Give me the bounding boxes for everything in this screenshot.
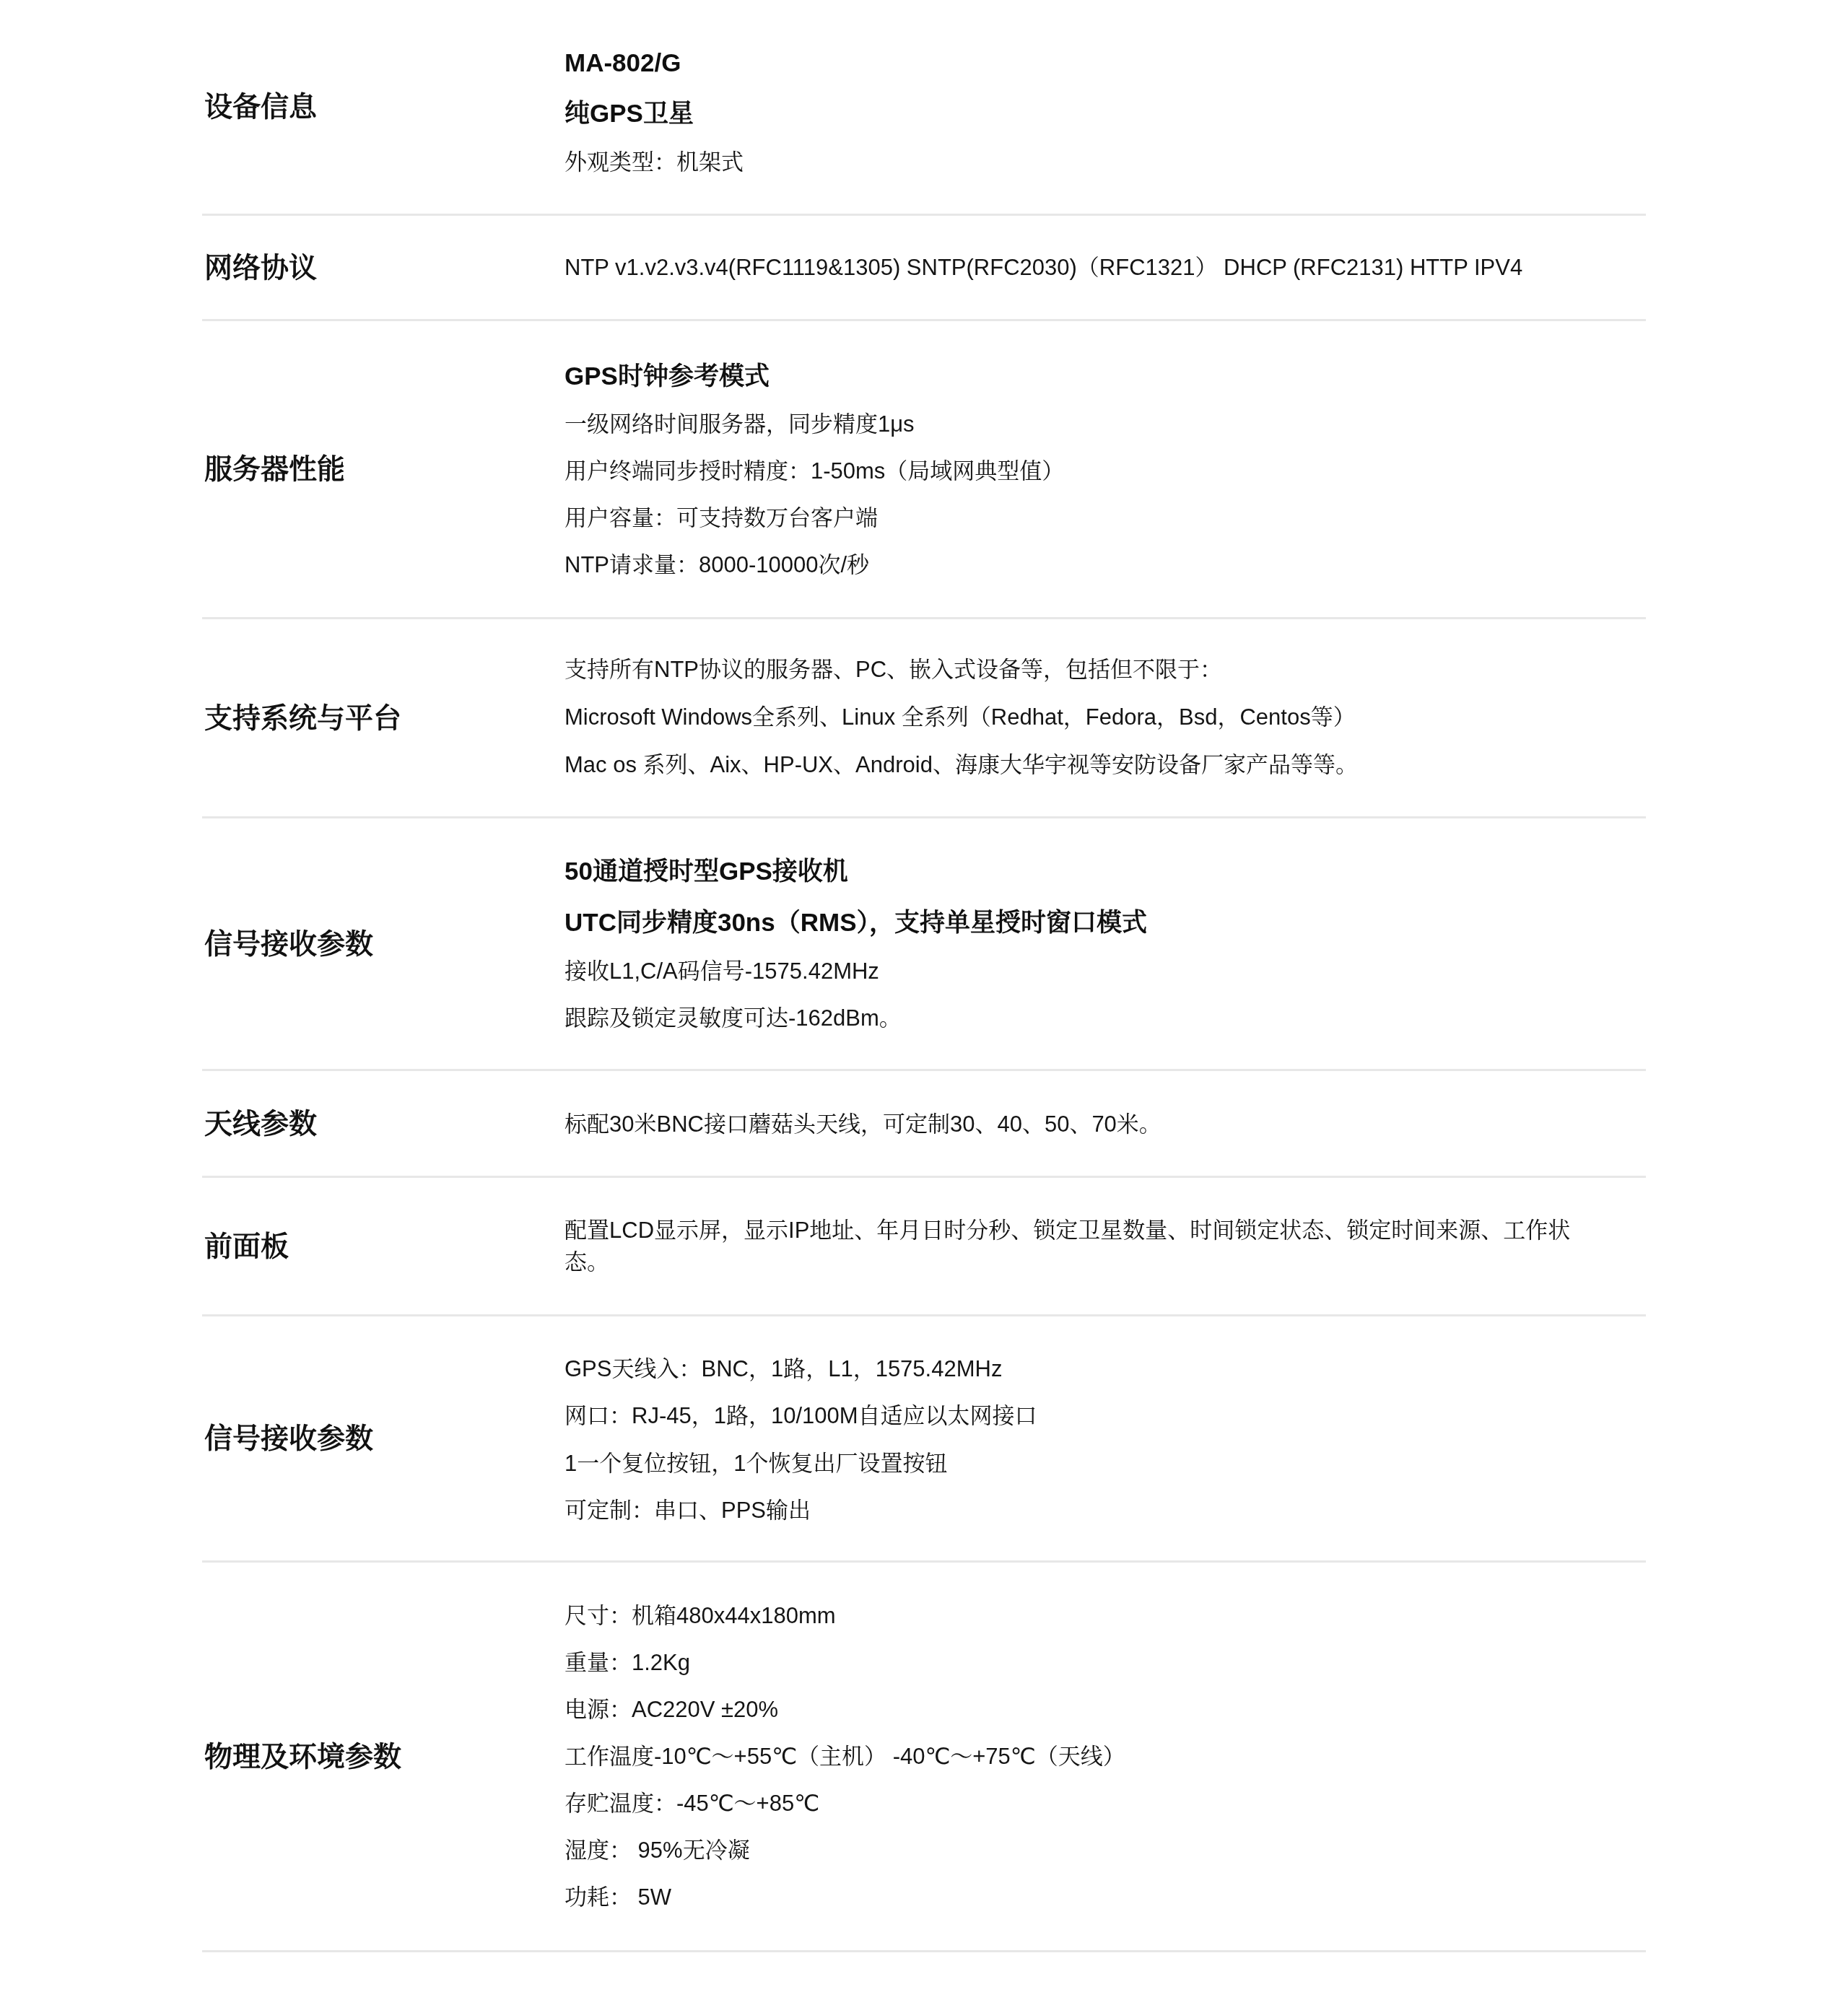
spec-value-line: 标配30米BNC接口蘑菇头天线，可定制30、40、50、70米。 — [565, 1109, 1618, 1140]
spec-value-line: 用户容量：可支持数万台客户端 — [565, 502, 1618, 534]
spec-label: 天线参数 — [204, 1109, 317, 1137]
spec-value-line: 跟踪及锁定灵敏度可达-162dBm。 — [565, 1002, 1618, 1034]
spec-label: 网络协议 — [204, 253, 317, 281]
spec-value-heading: 50通道授时型GPS接收机 — [565, 856, 1618, 888]
spec-value-line: 外观类型：机架式 — [565, 147, 1618, 178]
spec-values: 支持所有NTP协议的服务器、PC、嵌入式设备等，包括但不限于：Microsoft… — [565, 619, 1618, 816]
spec-row-antenna: 天线参数标配30米BNC接口蘑菇头天线，可定制30、40、50、70米。 — [202, 1071, 1646, 1178]
spec-value-line: 支持所有NTP协议的服务器、PC、嵌入式设备等，包括但不限于： — [565, 654, 1618, 686]
spec-label: 信号接收参数 — [204, 1425, 373, 1453]
spec-row-server-performance: 服务器性能GPS时钟参考模式一级网络时间服务器，同步精度1μs用户终端同步授时精… — [202, 321, 1646, 619]
spec-values: GPS时钟参考模式一级网络时间服务器，同步精度1μs用户终端同步授时精度：1-5… — [565, 321, 1618, 617]
spec-row-front-panel: 前面板配置LCD显示屏，显示IP地址、年月日时分秒、锁定卫星数量、时间锁定状态、… — [202, 1178, 1646, 1316]
spec-value-heading: 纯GPS卫星 — [565, 98, 1618, 130]
spec-label: 支持系统与平台 — [204, 704, 401, 732]
spec-value-line: 用户终端同步授时精度：1-50ms（局域网典型值） — [565, 455, 1618, 487]
spec-row-network-protocol: 网络协议NTP v1.v2.v3.v4(RFC1119&1305) SNTP(R… — [202, 216, 1646, 321]
spec-row-physical-environment: 物理及环境参数尺寸：机箱480x44x180mm重量：1.2Kg电源：AC220… — [202, 1563, 1646, 1952]
spec-value-line: 工作温度-10℃～+55℃（主机） -40℃～+75℃（天线） — [565, 1741, 1618, 1773]
spec-value-line: Mac os 系列、Aix、HP-UX、Android、海康大华宇视等安防设备厂… — [565, 749, 1618, 781]
spec-value-line: 接收L1,C/A码信号-1575.42MHz — [565, 956, 1618, 987]
spec-value-line: Microsoft Windows全系列、Linux 全系列（Redhat，Fe… — [565, 702, 1618, 733]
spec-value-heading: UTC同步精度30ns（RMS），支持单星授时窗口模式 — [565, 907, 1618, 939]
spec-value-line: 配置LCD显示屏，显示IP地址、年月日时分秒、锁定卫星数量、时间锁定状态、锁定时… — [565, 1215, 1618, 1246]
spec-values: 标配30米BNC接口蘑菇头天线，可定制30、40、50、70米。 — [565, 1071, 1618, 1176]
spec-value-line: GPS天线入：BNC，1路，L1，1575.42MHz — [565, 1353, 1618, 1385]
spec-value-line: 网口：RJ-45，1路，10/100M自适应以太网接口 — [565, 1400, 1618, 1432]
spec-row-device-info: 设备信息MA-802/G纯GPS卫星外观类型：机架式 — [202, 0, 1646, 216]
spec-value-heading: GPS时钟参考模式 — [565, 361, 1618, 393]
spec-values: MA-802/G纯GPS卫星外观类型：机架式 — [565, 0, 1618, 214]
spec-value-line: 功耗： 5W — [565, 1882, 1618, 1913]
spec-label: 服务器性能 — [204, 455, 345, 484]
spec-values: GPS天线入：BNC，1路，L1，1575.42MHz网口：RJ-45，1路，1… — [565, 1316, 1618, 1560]
spec-value-line: 湿度： 95%无冷凝 — [565, 1835, 1618, 1866]
spec-label: 前面板 — [204, 1232, 289, 1260]
spec-value-line: NTP v1.v2.v3.v4(RFC1119&1305) SNTP(RFC20… — [565, 252, 1618, 284]
spec-label: 物理及环境参数 — [204, 1742, 401, 1770]
spec-value-heading: MA-802/G — [565, 48, 1618, 79]
spec-value-line: 一级网络时间服务器，同步精度1μs — [565, 409, 1618, 440]
spec-row-supported-platforms: 支持系统与平台支持所有NTP协议的服务器、PC、嵌入式设备等，包括但不限于：Mi… — [202, 619, 1646, 818]
spec-values: NTP v1.v2.v3.v4(RFC1119&1305) SNTP(RFC20… — [565, 216, 1618, 319]
spec-value-line: 1一个复位按钮，1个恢复出厂设置按钮 — [565, 1448, 1618, 1480]
spec-label: 信号接收参数 — [204, 930, 373, 958]
spec-value-line: 存贮温度：-45℃～+85℃ — [565, 1788, 1618, 1820]
spec-value-line: 态。 — [565, 1246, 1618, 1278]
spec-value-line: 电源：AC220V ±20% — [565, 1694, 1618, 1726]
spec-value-line: 可定制：串口、PPS输出 — [565, 1495, 1618, 1526]
spec-values: 配置LCD显示屏，显示IP地址、年月日时分秒、锁定卫星数量、时间锁定状态、锁定时… — [565, 1178, 1618, 1314]
spec-values: 50通道授时型GPS接收机UTC同步精度30ns（RMS），支持单星授时窗口模式… — [565, 818, 1618, 1069]
spec-value-line: 尺寸：机箱480x44x180mm — [565, 1600, 1618, 1632]
spec-values: 尺寸：机箱480x44x180mm重量：1.2Kg电源：AC220V ±20%工… — [565, 1563, 1618, 1950]
spec-row-signal-reception: 信号接收参数50通道授时型GPS接收机UTC同步精度30ns（RMS），支持单星… — [202, 818, 1646, 1071]
spec-row-signal-interfaces: 信号接收参数GPS天线入：BNC，1路，L1，1575.42MHz网口：RJ-4… — [202, 1316, 1646, 1563]
spec-value-line: 重量：1.2Kg — [565, 1647, 1618, 1679]
spec-label: 设备信息 — [204, 93, 317, 121]
spec-value-line: NTP请求量：8000-10000次/秒 — [565, 549, 1618, 581]
